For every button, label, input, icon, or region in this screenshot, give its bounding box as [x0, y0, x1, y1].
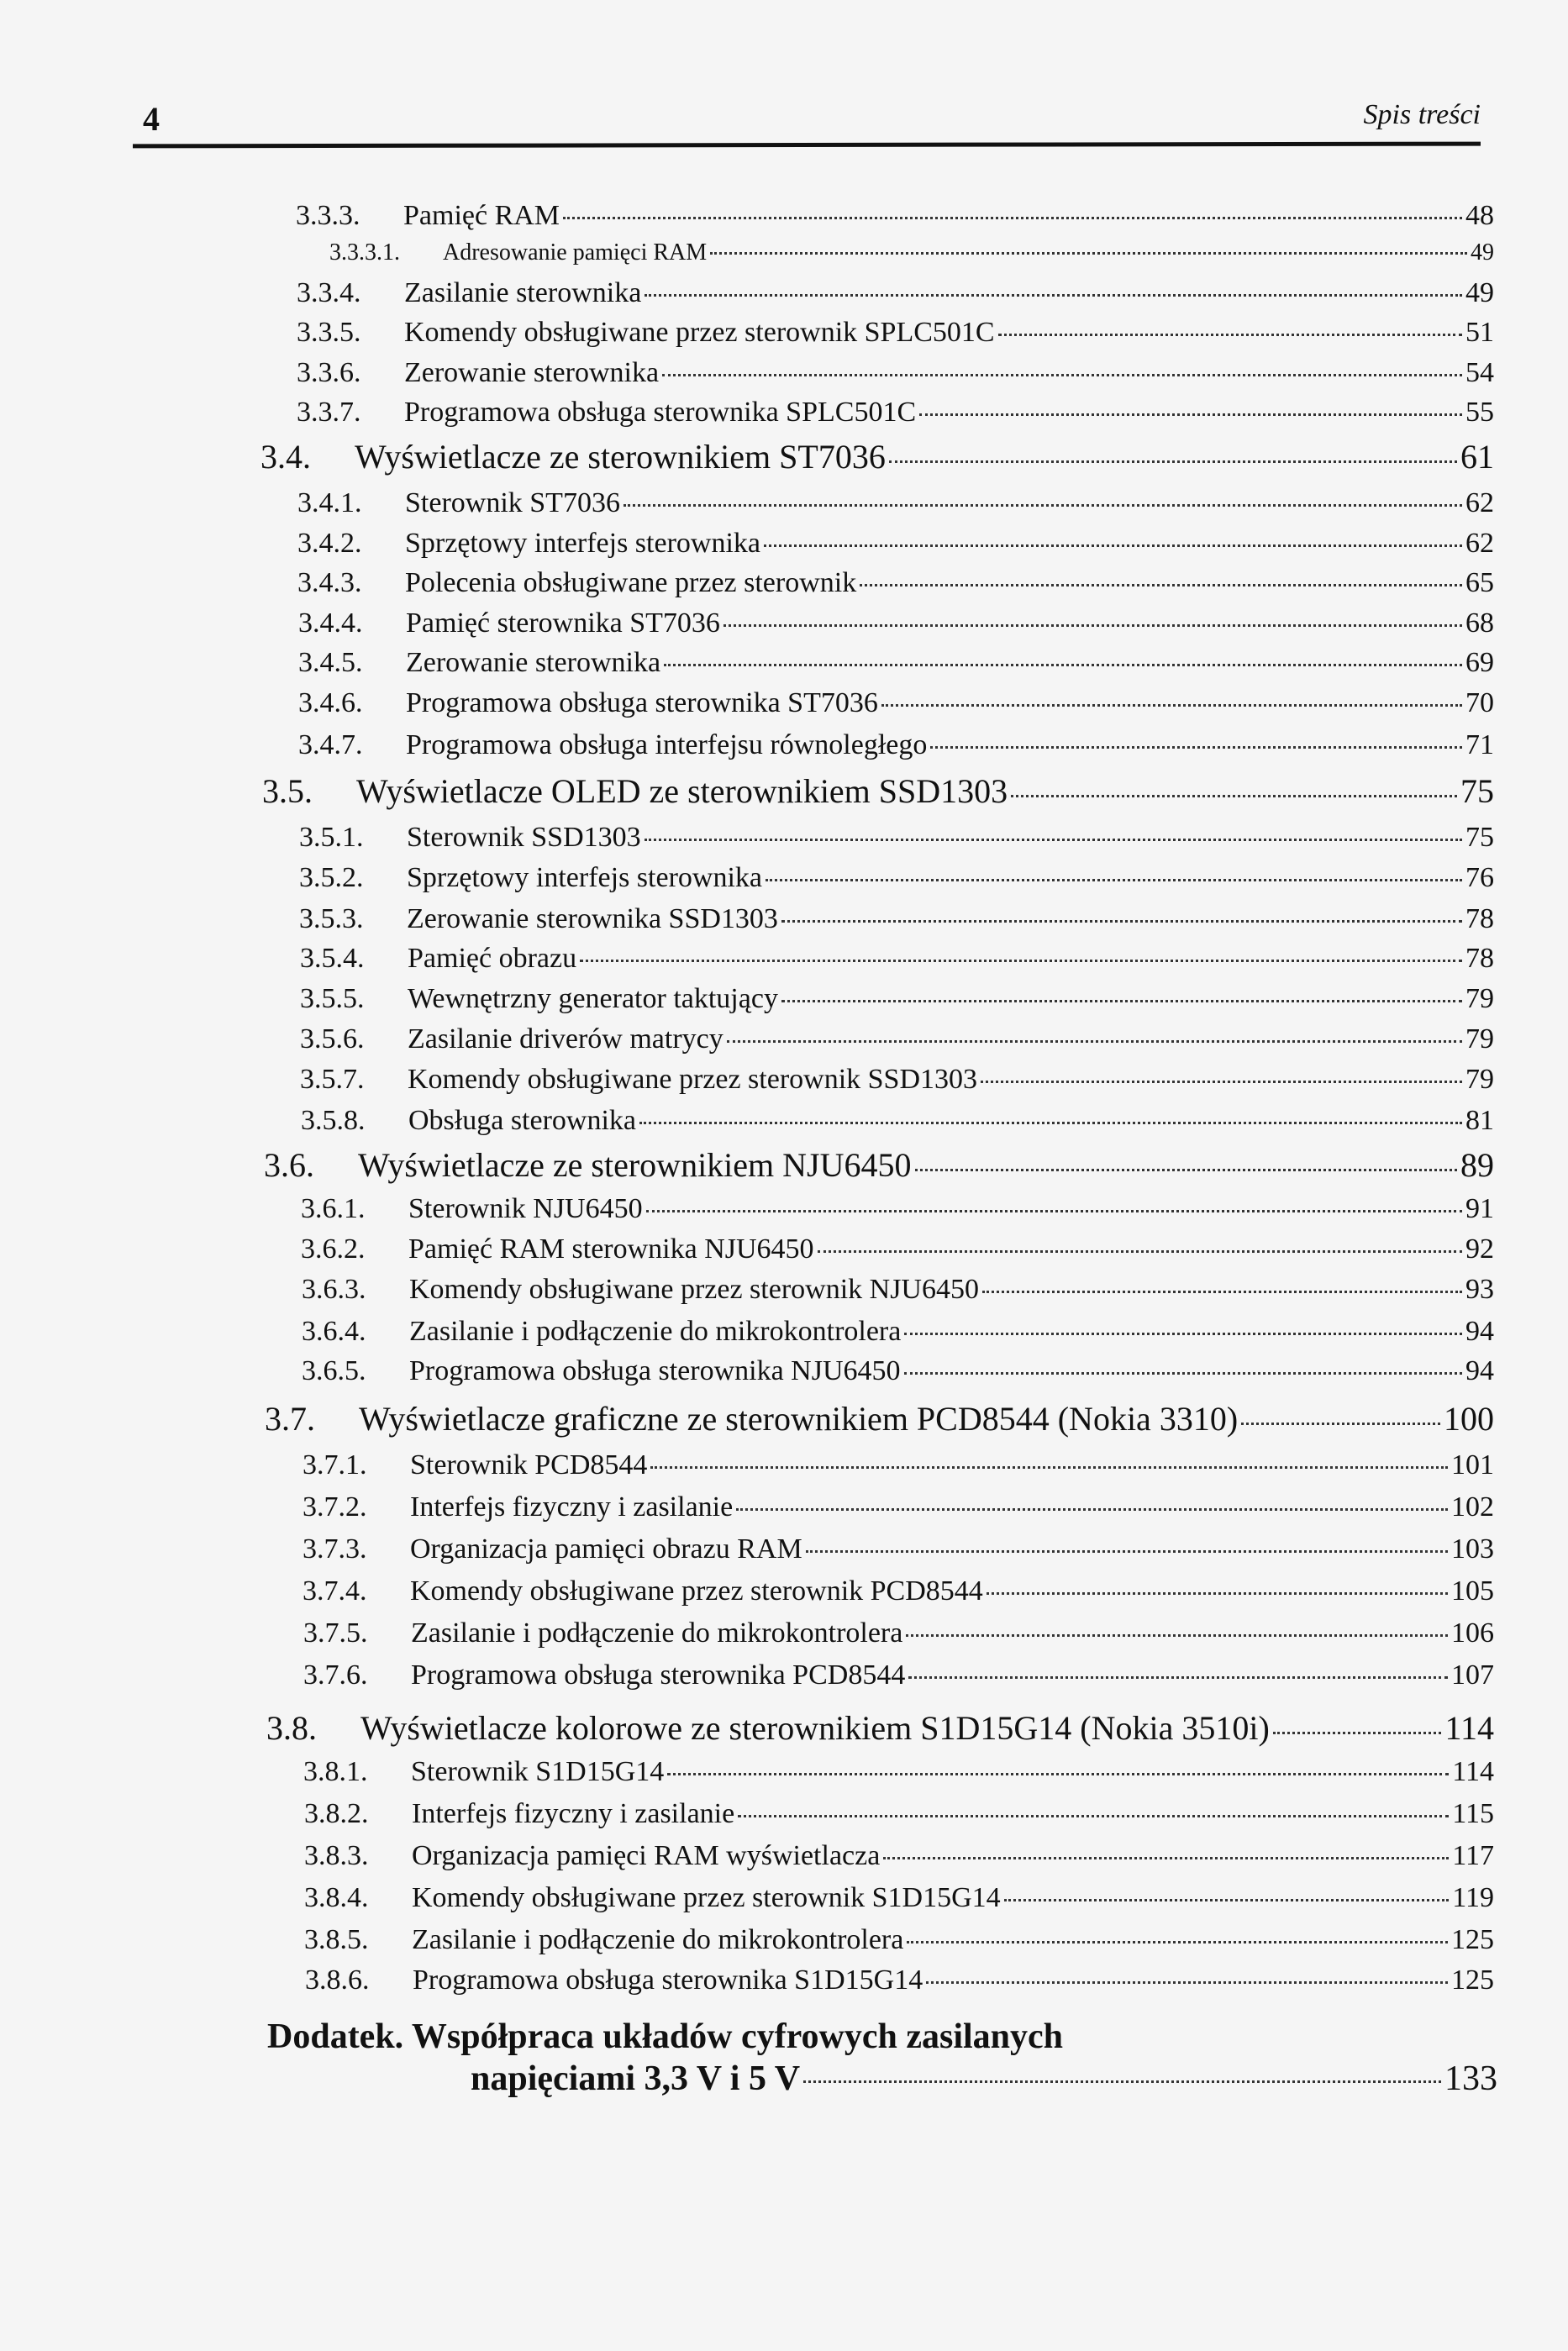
section-title: Pamięć RAM: [403, 200, 560, 232]
page-number: 76: [1465, 862, 1494, 894]
section-title: Zasilanie driverów matrycy: [408, 1023, 723, 1055]
dot-leader: [1273, 1732, 1442, 1734]
toc-entry[interactable]: 3.5.2.Sprzętowy interfejs sterownika76: [299, 862, 1494, 894]
section-title: Zerowanie sterownika SSD1303: [407, 903, 778, 935]
appendix-title-line2: napięciami 3,3 V i 5 V: [471, 2059, 800, 2099]
page-number: 102: [1451, 1491, 1494, 1523]
dot-leader: [919, 413, 1462, 416]
page-number: 71: [1465, 729, 1494, 761]
page-number: 78: [1465, 903, 1494, 935]
section-number: 3.4.3.: [297, 567, 405, 599]
dot-leader: [667, 1773, 1449, 1775]
section-title: Komendy obsługiwane przez sterownik SSD1…: [408, 1064, 977, 1096]
section-number: 3.6.4.: [302, 1316, 409, 1348]
page-number: 93: [1465, 1274, 1494, 1306]
toc-entry[interactable]: 3.3.3.1.Adresowanie pamięci RAM49: [329, 239, 1494, 266]
section-number: 3.5.8.: [301, 1105, 408, 1137]
dot-leader: [881, 704, 1462, 707]
section-number: 3.8.3.: [304, 1840, 412, 1872]
dot-leader: [998, 334, 1462, 336]
toc-entry[interactable]: 3.4.1.Sterownik ST703662: [297, 487, 1494, 519]
section-title: Zasilanie i podłączenie do mikrokontrole…: [411, 1617, 902, 1649]
toc-entry[interactable]: 3.6.4.Zasilanie i podłączenie do mikroko…: [302, 1316, 1494, 1348]
dot-leader: [645, 294, 1462, 297]
page-number: 4: [143, 99, 160, 139]
section-number: 3.7.5.: [303, 1617, 411, 1649]
page-number: 54: [1465, 357, 1494, 389]
page-number: 75: [1465, 822, 1494, 854]
toc-entry[interactable]: 3.7.2.Interfejs fizyczny i zasilanie102: [303, 1491, 1494, 1523]
dot-leader: [982, 1291, 1462, 1293]
section-title: Sprzętowy interfejs sterownika: [407, 862, 762, 894]
section-number: 3.6.2.: [301, 1233, 408, 1265]
section-number: 3.5.5.: [300, 983, 408, 1015]
page-number: 89: [1460, 1145, 1494, 1185]
page-number: 114: [1444, 1708, 1494, 1748]
section-number: 3.4.6.: [298, 687, 406, 719]
toc-entry[interactable]: 3.5.4.Pamięć obrazu78: [300, 943, 1494, 975]
dot-leader: [646, 1210, 1462, 1212]
page-number: 55: [1465, 397, 1494, 429]
dot-leader: [781, 1000, 1462, 1002]
section-title: Organizacja pamięci RAM wyświetlacza: [412, 1840, 880, 1872]
section-title: Sprzętowy interfejs sterownika: [405, 528, 760, 560]
dot-leader: [860, 584, 1462, 586]
section-title: Interfejs fizyczny i zasilanie: [412, 1798, 734, 1830]
dot-leader: [803, 2080, 1441, 2083]
dot-leader: [906, 1634, 1448, 1637]
section-number: 3.8.5.: [304, 1924, 412, 1956]
section-title: Wyświetlacze graficzne ze sterownikiem P…: [359, 1399, 1238, 1438]
section-number: 3.5.: [262, 771, 356, 811]
dot-leader: [930, 746, 1462, 749]
page-number: 51: [1465, 317, 1494, 349]
section-title: Polecenia obsługiwane przez sterownik: [405, 567, 856, 599]
section-number: 3.7.6.: [303, 1659, 411, 1691]
toc-entry[interactable]: 3.7.5.Zasilanie i podłączenie do mikroko…: [303, 1617, 1494, 1649]
toc-entry[interactable]: 3.6.Wyświetlacze ze sterownikiem NJU6450…: [264, 1145, 1494, 1185]
dot-leader: [806, 1550, 1448, 1553]
section-title: Komendy obsługiwane przez sterownik SPLC…: [404, 317, 995, 349]
section-number: 3.4.7.: [298, 729, 406, 761]
page-number: 91: [1465, 1193, 1494, 1225]
section-title: Programowa obsługa sterownika NJU6450: [409, 1355, 901, 1387]
toc-entry[interactable]: 3.5.5.Wewnętrzny generator taktujący79: [300, 983, 1494, 1015]
dot-leader: [710, 252, 1467, 255]
dot-leader: [664, 664, 1462, 666]
page-number: 79: [1465, 1064, 1494, 1096]
section-title: Sterownik NJU6450: [408, 1193, 643, 1225]
toc-entry[interactable]: 3.4.7.Programowa obsługa interfejsu równ…: [298, 729, 1494, 761]
section-number: 3.5.1.: [299, 822, 407, 854]
page-number: 105: [1451, 1575, 1494, 1607]
page-number: 125: [1451, 1964, 1494, 1996]
section-title: Adresowanie pamięci RAM: [443, 239, 707, 266]
section-title: Programowa obsługa interfejsu równoległe…: [406, 729, 927, 761]
section-number: 3.3.5.: [297, 317, 404, 349]
page-number: 70: [1465, 687, 1494, 719]
toc-entry[interactable]: 3.3.7.Programowa obsługa sterownika SPLC…: [297, 397, 1494, 429]
page-number: 78: [1465, 943, 1494, 975]
section-number: 3.3.4.: [297, 277, 404, 309]
toc-entry[interactable]: 3.3.6.Zerowanie sterownika54: [297, 357, 1494, 389]
dot-leader: [580, 960, 1462, 962]
page-number: 101: [1451, 1449, 1494, 1481]
section-number: 3.3.3.1.: [329, 239, 443, 266]
section-title: Wewnętrzny generator taktujący: [408, 983, 778, 1015]
section-number: 3.3.6.: [297, 357, 404, 389]
toc-entry[interactable]: 3.8.Wyświetlacze kolorowe ze sterownikie…: [266, 1708, 1494, 1748]
section-number: 3.5.3.: [299, 903, 407, 935]
dot-leader: [727, 1040, 1462, 1043]
section-number: 3.7.4.: [303, 1575, 410, 1607]
section-title: Interfejs fizyczny i zasilanie: [410, 1491, 733, 1523]
toc-entry[interactable]: 3.8.2.Interfejs fizyczny i zasilanie115: [304, 1798, 1494, 1830]
section-title: Wyświetlacze ze sterownikiem ST7036: [355, 437, 886, 476]
section-title: Komendy obsługiwane przez sterownik NJU6…: [409, 1274, 979, 1306]
dot-leader: [908, 1676, 1448, 1679]
dot-leader: [738, 1815, 1449, 1817]
section-number: 3.7.: [265, 1399, 359, 1438]
page-number: 114: [1452, 1756, 1494, 1788]
toc-entry[interactable]: 3.3.4.Zasilanie sterownika49: [297, 277, 1494, 309]
dot-leader: [563, 217, 1462, 219]
toc-entry[interactable]: 3.7.6.Programowa obsługa sterownika PCD8…: [303, 1659, 1494, 1691]
section-title: Wyświetlacze OLED ze sterownikiem SSD130…: [356, 771, 1008, 811]
section-number: 3.6.3.: [302, 1274, 409, 1306]
dot-leader: [818, 1250, 1462, 1253]
toc-entry[interactable]: 3.7.Wyświetlacze graficzne ze sterowniki…: [265, 1399, 1494, 1438]
section-number: 3.8.6.: [305, 1964, 413, 1996]
toc-entry[interactable]: 3.6.2.Pamięć RAM sterownika NJU645092: [301, 1233, 1494, 1265]
page-number: 119: [1452, 1882, 1494, 1914]
section-number: 3.5.6.: [300, 1023, 408, 1055]
section-title: Zasilanie sterownika: [404, 277, 641, 309]
toc-entry[interactable]: 3.4.Wyświetlacze ze sterownikiem ST70366…: [260, 437, 1494, 476]
page-number: 65: [1465, 567, 1494, 599]
section-title: Komendy obsługiwane przez sterownik PCD8…: [410, 1575, 983, 1607]
running-title: Spis treści: [1364, 99, 1481, 131]
dot-leader: [662, 374, 1462, 376]
section-title: Pamięć RAM sterownika NJU6450: [408, 1233, 814, 1265]
toc-entry[interactable]: 3.5.6.Zasilanie driverów matrycy79: [300, 1023, 1494, 1055]
page-number: 94: [1465, 1316, 1494, 1348]
section-title: Zasilanie i podłączenie do mikrokontrole…: [412, 1924, 903, 1956]
toc-entry[interactable]: 3.5.Wyświetlacze OLED ze sterownikiem SS…: [262, 771, 1494, 811]
section-title: Programowa obsługa sterownika ST7036: [406, 687, 878, 719]
appendix-title: Dodatek. Współpraca układów cyfrowych za…: [267, 2017, 1063, 2057]
section-title: Zerowanie sterownika: [406, 647, 660, 679]
section-number: 3.7.3.: [303, 1533, 410, 1565]
section-number: 3.6.5.: [302, 1355, 409, 1387]
page-number: 79: [1465, 1023, 1494, 1055]
section-title: Programowa obsługa sterownika PCD8544: [411, 1659, 905, 1691]
dot-leader: [987, 1592, 1448, 1595]
section-title: Programowa obsługa sterownika SPLC501C: [404, 397, 916, 429]
section-number: 3.7.2.: [303, 1491, 410, 1523]
section-number: 3.4.: [260, 437, 355, 476]
section-number: 3.4.5.: [298, 647, 406, 679]
toc-entry[interactable]: 3.5.8.Obsługa sterownika81: [301, 1105, 1494, 1137]
section-title: Pamięć obrazu: [408, 943, 576, 975]
page-number: 103: [1451, 1533, 1494, 1565]
toc-entry[interactable]: 3.8.1.Sterownik S1D15G14114: [303, 1756, 1494, 1788]
dot-leader: [624, 504, 1462, 507]
page-number: 92: [1465, 1233, 1494, 1265]
page-number: 107: [1451, 1659, 1494, 1691]
toc-entry[interactable]: 3.3.3.Pamięć RAM48: [296, 200, 1494, 232]
dot-leader: [889, 460, 1457, 463]
section-number: 3.5.4.: [300, 943, 408, 975]
dot-leader: [1011, 795, 1457, 797]
page-number: 100: [1444, 1399, 1494, 1438]
dot-leader: [781, 920, 1462, 923]
page-number: 68: [1465, 607, 1494, 639]
toc-entry[interactable]: 3.4.6.Programowa obsługa sterownika ST70…: [298, 687, 1494, 719]
dot-leader: [1241, 1423, 1440, 1425]
section-number: 3.8.4.: [304, 1882, 412, 1914]
page-number: 125: [1451, 1924, 1494, 1956]
page-number: 69: [1465, 647, 1494, 679]
toc-entry[interactable]: 3.6.3.Komendy obsługiwane przez sterowni…: [302, 1274, 1494, 1306]
page-number: 79: [1465, 983, 1494, 1015]
section-number: 3.3.3.: [296, 200, 403, 232]
section-number: 3.4.2.: [297, 528, 405, 560]
dot-leader: [904, 1372, 1462, 1375]
section-title: Komendy obsługiwane przez sterownik S1D1…: [412, 1882, 1001, 1914]
section-title: Organizacja pamięci obrazu RAM: [410, 1533, 802, 1565]
dot-leader: [981, 1081, 1462, 1083]
toc-entry[interactable]: 3.4.2.Sprzętowy interfejs sterownika62: [297, 528, 1494, 560]
toc-entry[interactable]: 3.5.1.Sterownik SSD130375: [299, 822, 1494, 854]
page-number: 94: [1465, 1355, 1494, 1387]
dot-leader: [645, 839, 1462, 841]
toc-entry[interactable]: 3.6.1.Sterownik NJU645091: [301, 1193, 1494, 1225]
section-title: Wyświetlacze ze sterownikiem NJU6450: [358, 1145, 912, 1185]
section-title: Obsługa sterownika: [408, 1105, 636, 1137]
section-title: Pamięć sterownika ST7036: [406, 607, 720, 639]
page-number: 49: [1465, 277, 1494, 309]
toc-entry[interactable]: 3.4.3.Polecenia obsługiwane przez sterow…: [297, 567, 1494, 599]
toc-entry[interactable]: 3.4.4.Pamięć sterownika ST703668: [298, 607, 1494, 639]
section-title: Zerowanie sterownika: [404, 357, 659, 389]
section-number: 3.3.7.: [297, 397, 404, 429]
section-title: Sterownik SSD1303: [407, 822, 641, 854]
section-number: 3.5.7.: [300, 1064, 408, 1096]
toc-entry[interactable]: 3.8.6.Programowa obsługa sterownika S1D1…: [305, 1964, 1494, 1996]
page-number: 49: [1471, 239, 1494, 266]
toc-entry[interactable]: 3.7.1.Sterownik PCD8544101: [303, 1449, 1494, 1481]
page-number: 62: [1465, 528, 1494, 560]
page-number: 62: [1465, 487, 1494, 519]
dot-leader: [766, 879, 1462, 881]
dot-leader: [915, 1169, 1458, 1171]
dot-leader: [650, 1466, 1448, 1469]
toc-entry[interactable]: 3.8.4.Komendy obsługiwane przez sterowni…: [304, 1882, 1494, 1914]
dot-leader: [764, 544, 1462, 547]
section-title: Sterownik ST7036: [405, 487, 620, 519]
appendix-entry[interactable]: napięciami 3,3 V i 5 V 133: [471, 2059, 1497, 2099]
toc-entry[interactable]: 3.7.4.Komendy obsługiwane przez sterowni…: [303, 1575, 1494, 1607]
dot-leader: [926, 1981, 1448, 1984]
toc-entry[interactable]: 3.8.5.Zasilanie i podłączenie do mikroko…: [304, 1924, 1494, 1956]
dot-leader: [1004, 1899, 1450, 1901]
page-number: 48: [1465, 200, 1494, 232]
page-number: 61: [1460, 437, 1494, 476]
section-number: 3.8.: [266, 1708, 360, 1748]
section-title: Sterownik S1D15G14: [411, 1756, 664, 1788]
toc-entry[interactable]: 3.5.7.Komendy obsługiwane przez sterowni…: [300, 1064, 1494, 1096]
toc-entry[interactable]: 3.5.3.Zerowanie sterownika SSD130378: [299, 903, 1494, 935]
toc-entry[interactable]: 3.8.3.Organizacja pamięci RAM wyświetlac…: [304, 1840, 1494, 1872]
section-title: Wyświetlacze kolorowe ze sterownikiem S1…: [360, 1708, 1270, 1748]
page-number: 81: [1465, 1105, 1494, 1137]
dot-leader: [907, 1941, 1448, 1943]
section-title: Zasilanie i podłączenie do mikrokontrole…: [409, 1316, 901, 1348]
toc-entry[interactable]: 3.7.3.Organizacja pamięci obrazu RAM103: [303, 1533, 1494, 1565]
page-number: 75: [1460, 771, 1494, 811]
appendix-page: 133: [1444, 2059, 1497, 2099]
dot-leader: [904, 1333, 1462, 1335]
dot-leader: [723, 624, 1462, 627]
section-number: 3.4.1.: [297, 487, 405, 519]
section-number: 3.8.1.: [303, 1756, 411, 1788]
dot-leader: [639, 1122, 1462, 1124]
section-title: Sterownik PCD8544: [410, 1449, 647, 1481]
page-number: 106: [1451, 1617, 1494, 1649]
section-number: 3.7.1.: [303, 1449, 410, 1481]
dot-leader: [736, 1508, 1448, 1511]
dot-leader: [883, 1857, 1449, 1859]
section-number: 3.4.4.: [298, 607, 406, 639]
section-number: 3.8.2.: [304, 1798, 412, 1830]
section-number: 3.6.1.: [301, 1193, 408, 1225]
toc-entry[interactable]: 3.4.5.Zerowanie sterownika69: [298, 647, 1494, 679]
header-rule: [133, 142, 1481, 149]
toc-entry[interactable]: 3.3.5.Komendy obsługiwane przez sterowni…: [297, 317, 1494, 349]
section-number: 3.5.2.: [299, 862, 407, 894]
section-title: Programowa obsługa sterownika S1D15G14: [413, 1964, 923, 1996]
page-number: 115: [1452, 1798, 1494, 1830]
section-number: 3.6.: [264, 1145, 358, 1185]
toc-entry[interactable]: 3.6.5.Programowa obsługa sterownika NJU6…: [302, 1355, 1494, 1387]
page-number: 117: [1452, 1840, 1494, 1872]
